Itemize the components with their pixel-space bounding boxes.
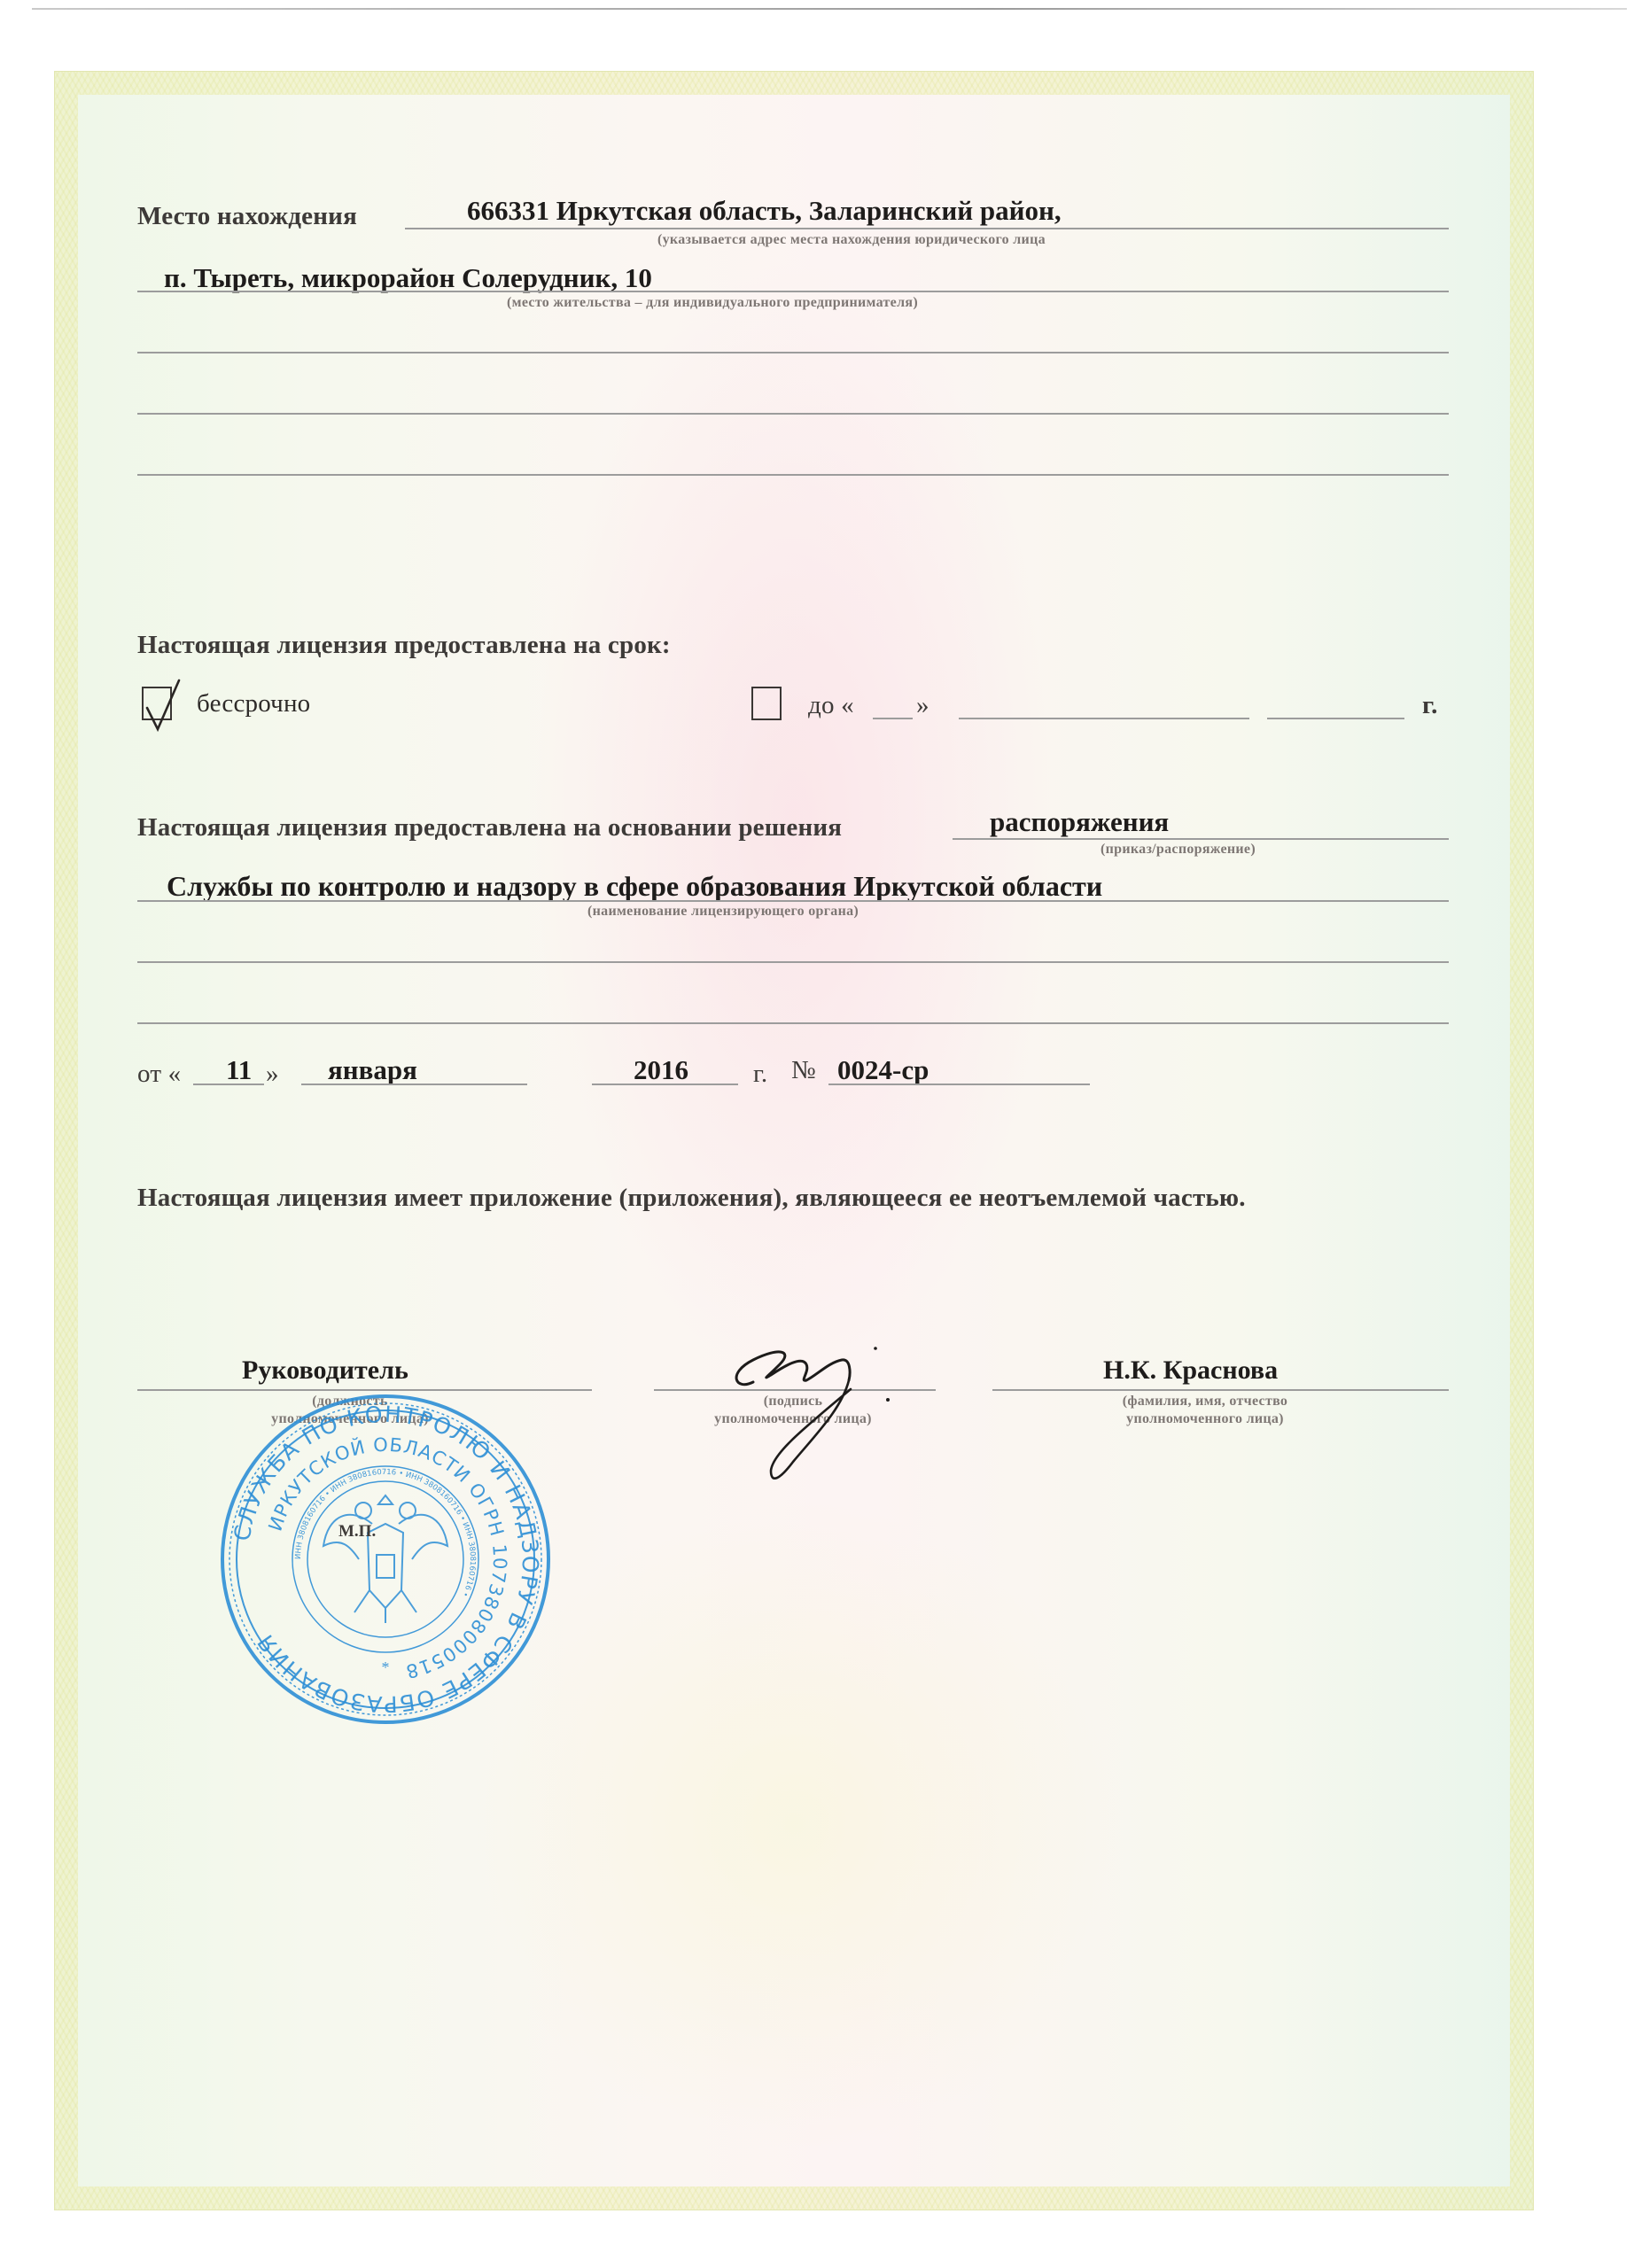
location-line1: 666331 Иркутская область, Заларинский ра… (467, 195, 1062, 227)
name-rule (992, 1389, 1449, 1391)
svg-text:*: * (382, 1658, 390, 1676)
blank-rule (137, 474, 1449, 476)
date-day-rule (193, 1084, 264, 1085)
date-prefix: от « (137, 1060, 181, 1089)
handwritten-signature (718, 1329, 922, 1488)
decision-type: распоряжения (990, 806, 1169, 838)
date-month: января (328, 1054, 417, 1086)
until-prefix: до « (808, 691, 854, 720)
license-sheet (54, 71, 1534, 2210)
authority-rule (137, 900, 1449, 902)
location-line2-rule (137, 291, 1449, 292)
location-label: Место нахождения (137, 202, 357, 231)
signer-name: Н.К. Краснова (1103, 1355, 1278, 1386)
until-mid: » (916, 691, 930, 720)
appendix-note: Настоящая лицензия имеет приложение (при… (137, 1184, 1246, 1213)
date-year-suffix: г. (753, 1060, 767, 1089)
location-hint1: (указывается адрес места нахождения юрид… (657, 232, 1046, 248)
check-mark-icon (142, 678, 186, 735)
basis-label: Настоящая лицензия предоставлена на осно… (137, 813, 842, 843)
date-day-close: » (266, 1060, 279, 1089)
order-number-rule (828, 1084, 1090, 1085)
name-hint: (фамилия, имя, отчество уполномоченного … (1081, 1393, 1329, 1428)
checkbox-until[interactable] (751, 687, 782, 720)
location-line1-rule (405, 228, 1449, 229)
guilloche-border (55, 72, 1533, 2210)
blank-rule (137, 352, 1449, 353)
signer-position: Руководитель (242, 1355, 408, 1386)
scan-edge (32, 8, 1627, 10)
decision-hint: (приказ/распоряжение) (1101, 842, 1256, 858)
coat-of-arms-icon (323, 1495, 447, 1623)
blank-rule (137, 961, 1449, 963)
indefinite-label: бессрочно (197, 689, 310, 718)
location-line2: п. Тыреть, микрорайон Солерудник, 10 (164, 262, 652, 294)
blank-rule (137, 413, 1449, 415)
date-day: 11 (226, 1054, 252, 1086)
date-year: 2016 (634, 1054, 688, 1086)
until-month-rule[interactable] (959, 718, 1249, 719)
official-seal: СЛУЖБА ПО КОНТРОЛЮ И НАДЗОРУ В СФЕРЕ ОБР… (217, 1391, 554, 1728)
until-day-rule[interactable] (873, 718, 913, 719)
location-hint2: (место жительства – для индивидуального … (507, 295, 918, 311)
until-suffix: г. (1422, 691, 1438, 720)
authority-hint: (наименование лицензирующего органа) (587, 904, 859, 920)
blank-rule (137, 1022, 1449, 1024)
term-label: Настоящая лицензия предоставлена на срок… (137, 631, 671, 660)
date-month-rule (301, 1084, 527, 1085)
until-year-rule[interactable] (1267, 718, 1404, 719)
date-year-rule (592, 1084, 738, 1085)
seal-placeholder-label: М.П. (338, 1522, 376, 1542)
authority-name: Службы по контролю и надзору в сфере обр… (167, 870, 1102, 903)
decision-type-rule (953, 838, 1449, 840)
number-sign: № (791, 1056, 816, 1085)
order-number: 0024-ср (837, 1054, 929, 1086)
